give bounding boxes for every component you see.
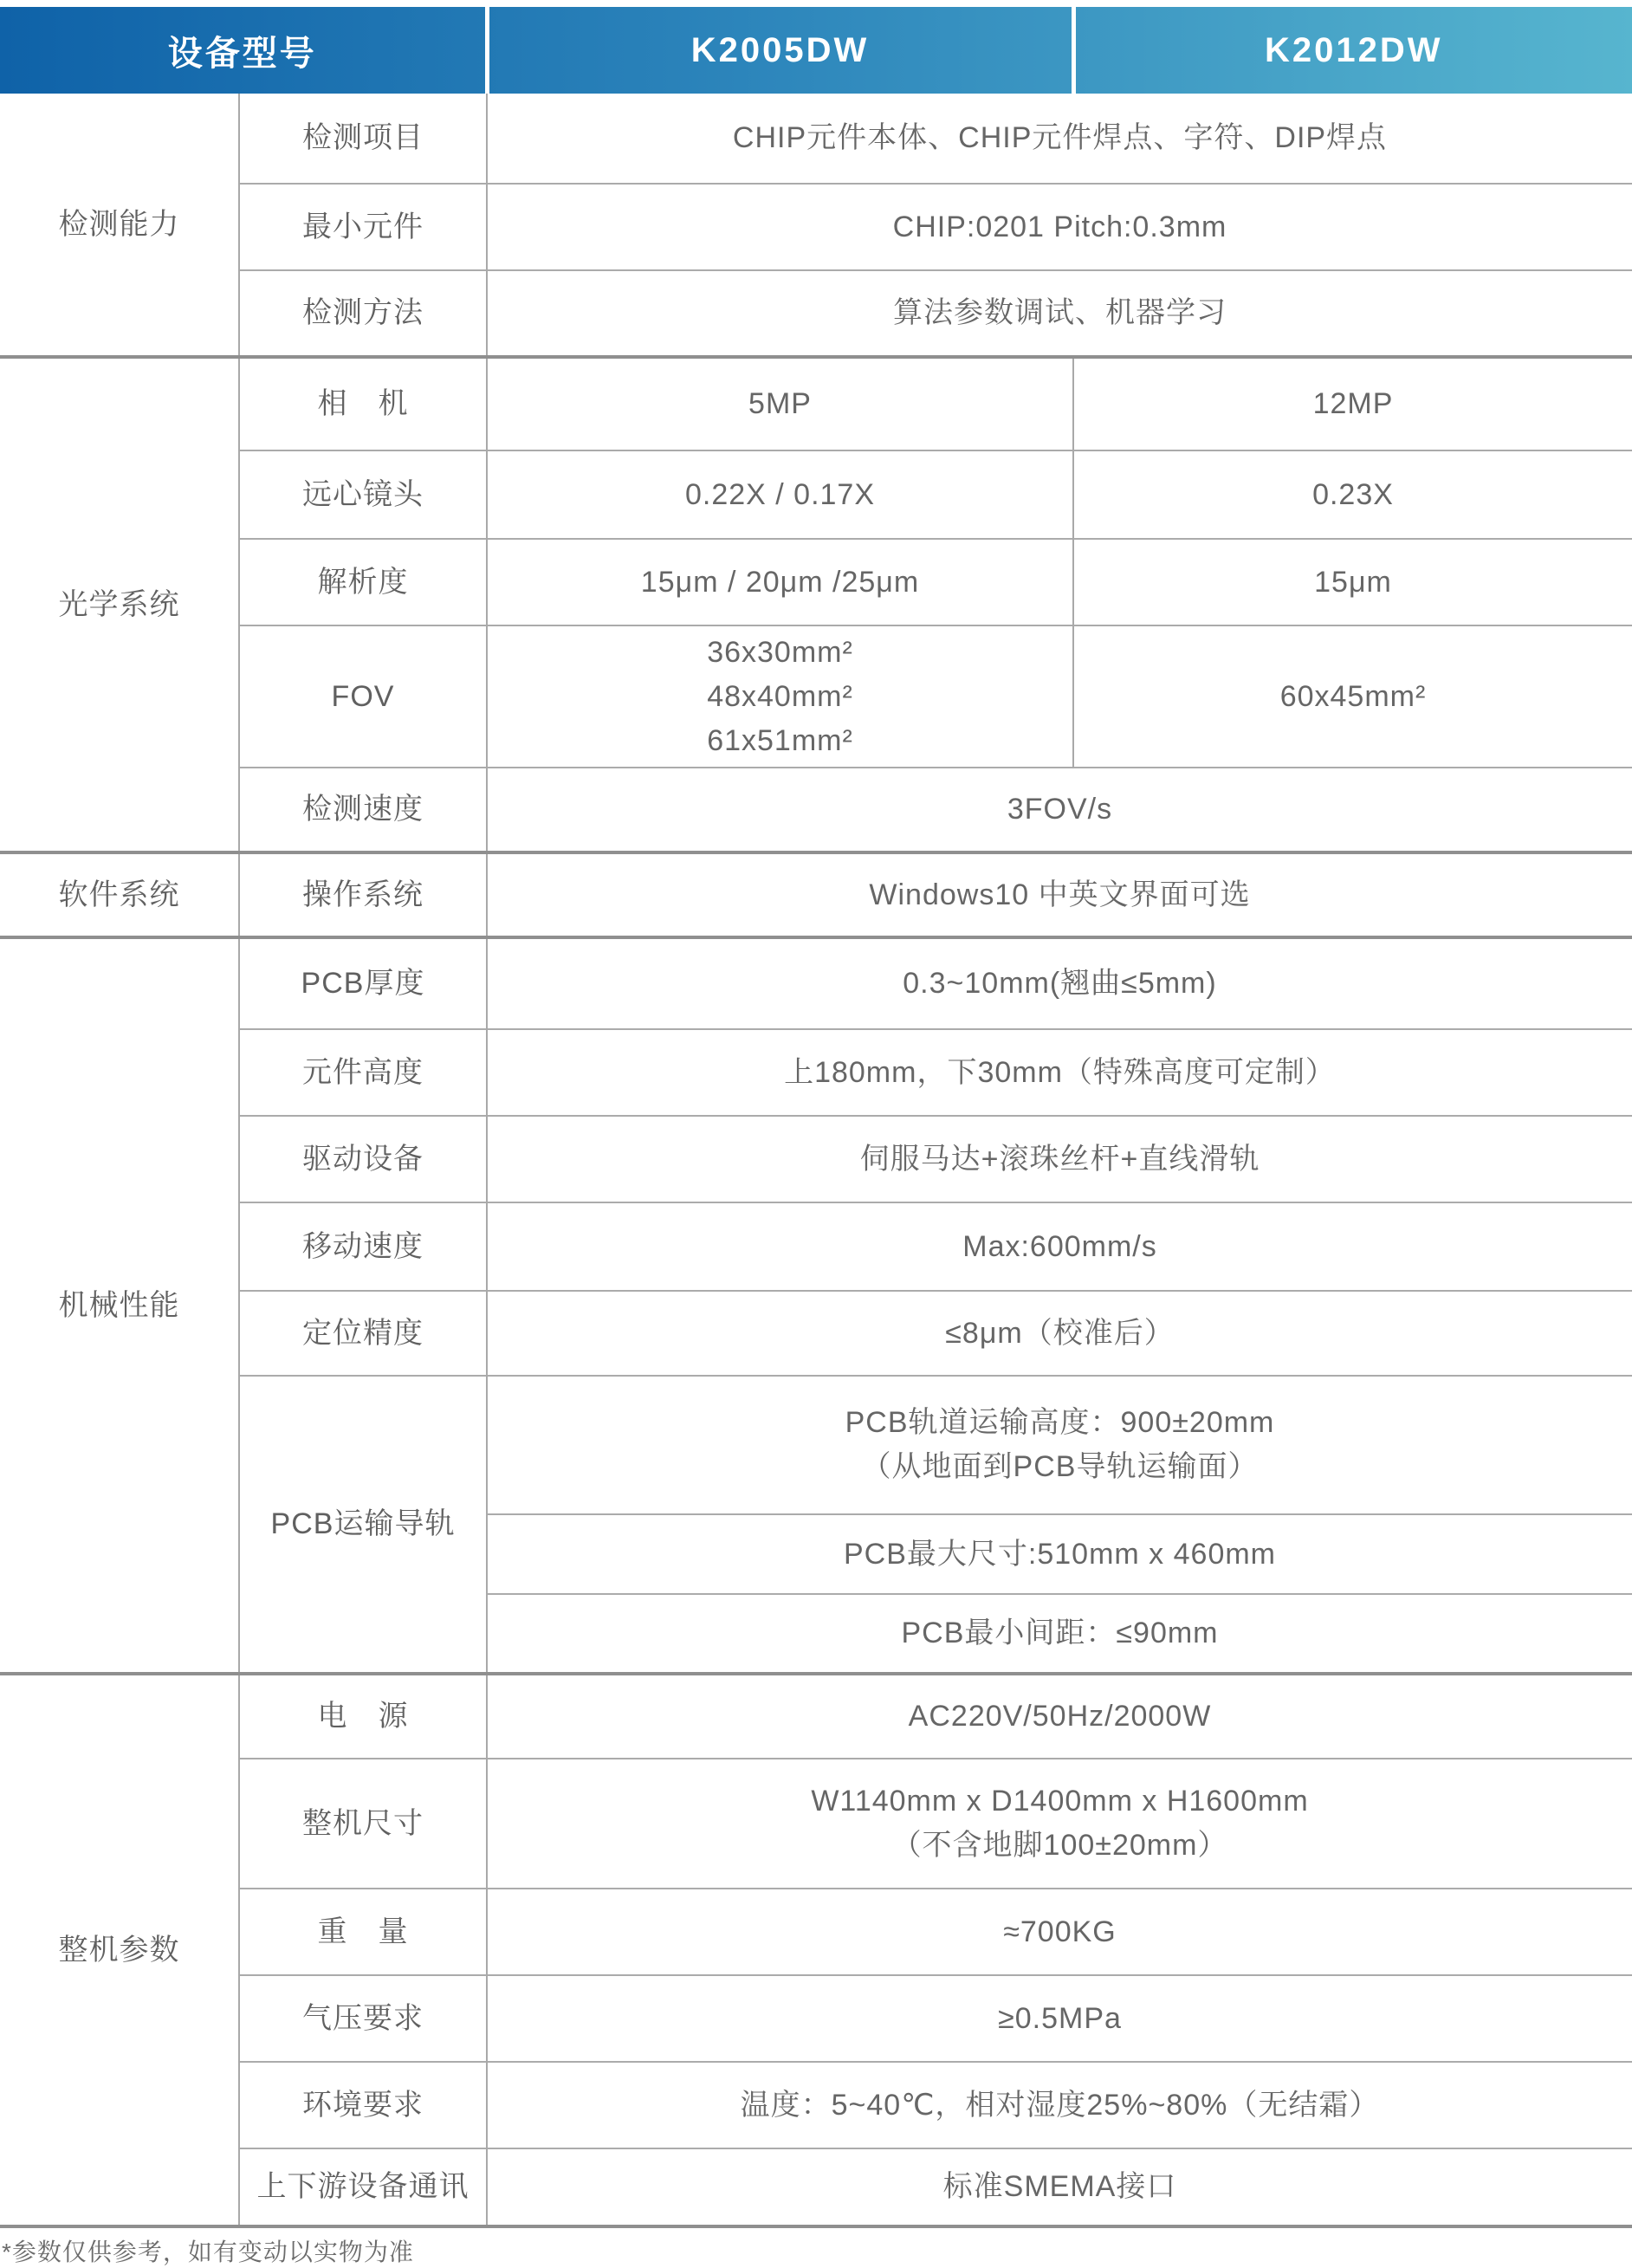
value-telecentric-lens-k2012dw: 0.23X — [1073, 450, 1632, 539]
group-label-detection-capability: 检测能力 — [0, 94, 239, 357]
value-power: AC220V/50Hz/2000W — [487, 1674, 1632, 1759]
value-inspection-speed: 3FOV/s — [487, 768, 1632, 852]
value-resolution-k2005dw: 15μm / 20μm /25μm — [487, 539, 1073, 625]
row-component-height: 元件高度 上180mm，下30mm（特殊高度可定制） — [0, 1029, 1632, 1116]
row-weight: 重 量 ≈700KG — [0, 1889, 1632, 1975]
header-model-k2005dw: K2005DW — [487, 7, 1073, 94]
param-label-inspection-method: 检测方法 — [239, 270, 487, 357]
value-resolution-k2012dw: 15μm — [1073, 539, 1632, 625]
header-row: 设备型号 K2005DW K2012DW — [0, 7, 1632, 94]
value-moving-speed: Max:600mm/s — [487, 1202, 1632, 1291]
group-label-optical-system: 光学系统 — [0, 357, 239, 852]
spec-table: 设备型号 K2005DW K2012DW 检测能力 检测项目 CHIP元件本体、… — [0, 7, 1632, 2228]
row-power: 整机参数 电 源 AC220V/50Hz/2000W — [0, 1674, 1632, 1759]
value-dimensions: W1140mm x D1400mm x H1600mm （不含地脚100±20m… — [487, 1759, 1632, 1889]
row-moving-speed: 移动速度 Max:600mm/s — [0, 1202, 1632, 1291]
pcb-rail-height-line-2: （从地面到PCB导轨运输面） — [496, 1445, 1623, 1489]
group-label-software-system: 软件系统 — [0, 852, 239, 937]
param-label-fov: FOV — [239, 625, 487, 768]
value-positioning-accuracy: ≤8μm（校准后） — [487, 1291, 1632, 1376]
row-dimensions: 整机尺寸 W1140mm x D1400mm x H1600mm （不含地脚10… — [0, 1759, 1632, 1889]
param-label-communication: 上下游设备通讯 — [239, 2148, 487, 2226]
fov-line-2: 48x40mm² — [496, 675, 1064, 719]
fov-line-3: 61x51mm² — [496, 719, 1064, 763]
value-fov-k2005dw: 36x30mm² 48x40mm² 61x51mm² — [487, 625, 1073, 768]
dimensions-line-2: （不含地脚100±20mm） — [496, 1824, 1623, 1868]
value-drive-equipment: 伺服马达+滚珠丝杆+直线滑轨 — [487, 1116, 1632, 1202]
row-air-pressure: 气压要求 ≥0.5MPa — [0, 1975, 1632, 2062]
row-communication: 上下游设备通讯 标准SMEMA接口 — [0, 2148, 1632, 2226]
header-device-model-label: 设备型号 — [0, 7, 487, 94]
value-weight: ≈700KG — [487, 1889, 1632, 1975]
spec-sheet-page: 设备型号 K2005DW K2012DW 检测能力 检测项目 CHIP元件本体、… — [0, 0, 1632, 2254]
group-label-mechanical-performance: 机械性能 — [0, 937, 239, 1674]
value-pcb-rail-transport-height: PCB轨道运输高度：900±20mm （从地面到PCB导轨运输面） — [487, 1376, 1632, 1514]
param-label-inspection-items: 检测项目 — [239, 94, 487, 184]
param-label-environment: 环境要求 — [239, 2062, 487, 2148]
row-inspection-speed: 检测速度 3FOV/s — [0, 768, 1632, 852]
row-telecentric-lens: 远心镜头 0.22X / 0.17X 0.23X — [0, 450, 1632, 539]
row-camera: 光学系统 相 机 5MP 12MP — [0, 357, 1632, 450]
value-air-pressure: ≥0.5MPa — [487, 1975, 1632, 2062]
value-operating-system: Windows10 中英文界面可选 — [487, 852, 1632, 937]
param-label-dimensions: 整机尺寸 — [239, 1759, 487, 1889]
param-label-air-pressure: 气压要求 — [239, 1975, 487, 2062]
param-label-operating-system: 操作系统 — [239, 852, 487, 937]
param-label-pcb-rail: PCB运输导轨 — [239, 1376, 487, 1674]
value-communication: 标准SMEMA接口 — [487, 2148, 1632, 2226]
param-label-pcb-thickness: PCB厚度 — [239, 937, 487, 1029]
row-drive-equipment: 驱动设备 伺服马达+滚珠丝杆+直线滑轨 — [0, 1116, 1632, 1202]
header-model-k2012dw: K2012DW — [1073, 7, 1632, 94]
value-pcb-max-size: PCB最大尺寸:510mm x 460mm — [487, 1514, 1632, 1594]
value-min-component: CHIP:0201 Pitch:0.3mm — [487, 184, 1632, 270]
value-camera-k2012dw: 12MP — [1073, 357, 1632, 450]
row-pcb-rail-transport-height: PCB运输导轨 PCB轨道运输高度：900±20mm （从地面到PCB导轨运输面… — [0, 1376, 1632, 1514]
row-operating-system: 软件系统 操作系统 Windows10 中英文界面可选 — [0, 852, 1632, 937]
value-camera-k2005dw: 5MP — [487, 357, 1073, 450]
param-label-positioning-accuracy: 定位精度 — [239, 1291, 487, 1376]
value-pcb-thickness: 0.3~10mm(翘曲≤5mm) — [487, 937, 1632, 1029]
param-label-drive-equipment: 驱动设备 — [239, 1116, 487, 1202]
footnote: *参数仅供参考，如有变动以实物为准 — [0, 2233, 1632, 2268]
param-label-moving-speed: 移动速度 — [239, 1202, 487, 1291]
value-component-height: 上180mm，下30mm（特殊高度可定制） — [487, 1029, 1632, 1116]
param-label-inspection-speed: 检测速度 — [239, 768, 487, 852]
param-label-camera: 相 机 — [239, 357, 487, 450]
param-label-power: 电 源 — [239, 1674, 487, 1759]
value-environment: 温度：5~40℃，相对湿度25%~80%（无结霜） — [487, 2062, 1632, 2148]
row-inspection-items: 检测能力 检测项目 CHIP元件本体、CHIP元件焊点、字符、DIP焊点 — [0, 94, 1632, 184]
param-label-resolution: 解析度 — [239, 539, 487, 625]
row-resolution: 解析度 15μm / 20μm /25μm 15μm — [0, 539, 1632, 625]
param-label-min-component: 最小元件 — [239, 184, 487, 270]
row-positioning-accuracy: 定位精度 ≤8μm（校准后） — [0, 1291, 1632, 1376]
row-pcb-thickness: 机械性能 PCB厚度 0.3~10mm(翘曲≤5mm) — [0, 937, 1632, 1029]
value-fov-k2012dw: 60x45mm² — [1073, 625, 1632, 768]
param-label-telecentric-lens: 远心镜头 — [239, 450, 487, 539]
row-environment: 环境要求 温度：5~40℃，相对湿度25%~80%（无结霜） — [0, 2062, 1632, 2148]
param-label-component-height: 元件高度 — [239, 1029, 487, 1116]
param-label-weight: 重 量 — [239, 1889, 487, 1975]
row-inspection-method: 检测方法 算法参数调试、机器学习 — [0, 270, 1632, 357]
dimensions-line-1: W1140mm x D1400mm x H1600mm — [496, 1779, 1623, 1824]
value-telecentric-lens-k2005dw: 0.22X / 0.17X — [487, 450, 1073, 539]
value-inspection-items: CHIP元件本体、CHIP元件焊点、字符、DIP焊点 — [487, 94, 1632, 184]
value-inspection-method: 算法参数调试、机器学习 — [487, 270, 1632, 357]
fov-line-1: 36x30mm² — [496, 631, 1064, 675]
value-pcb-min-gap: PCB最小间距：≤90mm — [487, 1594, 1632, 1674]
group-label-machine-parameters: 整机参数 — [0, 1674, 239, 2226]
row-fov: FOV 36x30mm² 48x40mm² 61x51mm² 60x45mm² — [0, 625, 1632, 768]
pcb-rail-height-line-1: PCB轨道运输高度：900±20mm — [496, 1401, 1623, 1445]
row-min-component: 最小元件 CHIP:0201 Pitch:0.3mm — [0, 184, 1632, 270]
